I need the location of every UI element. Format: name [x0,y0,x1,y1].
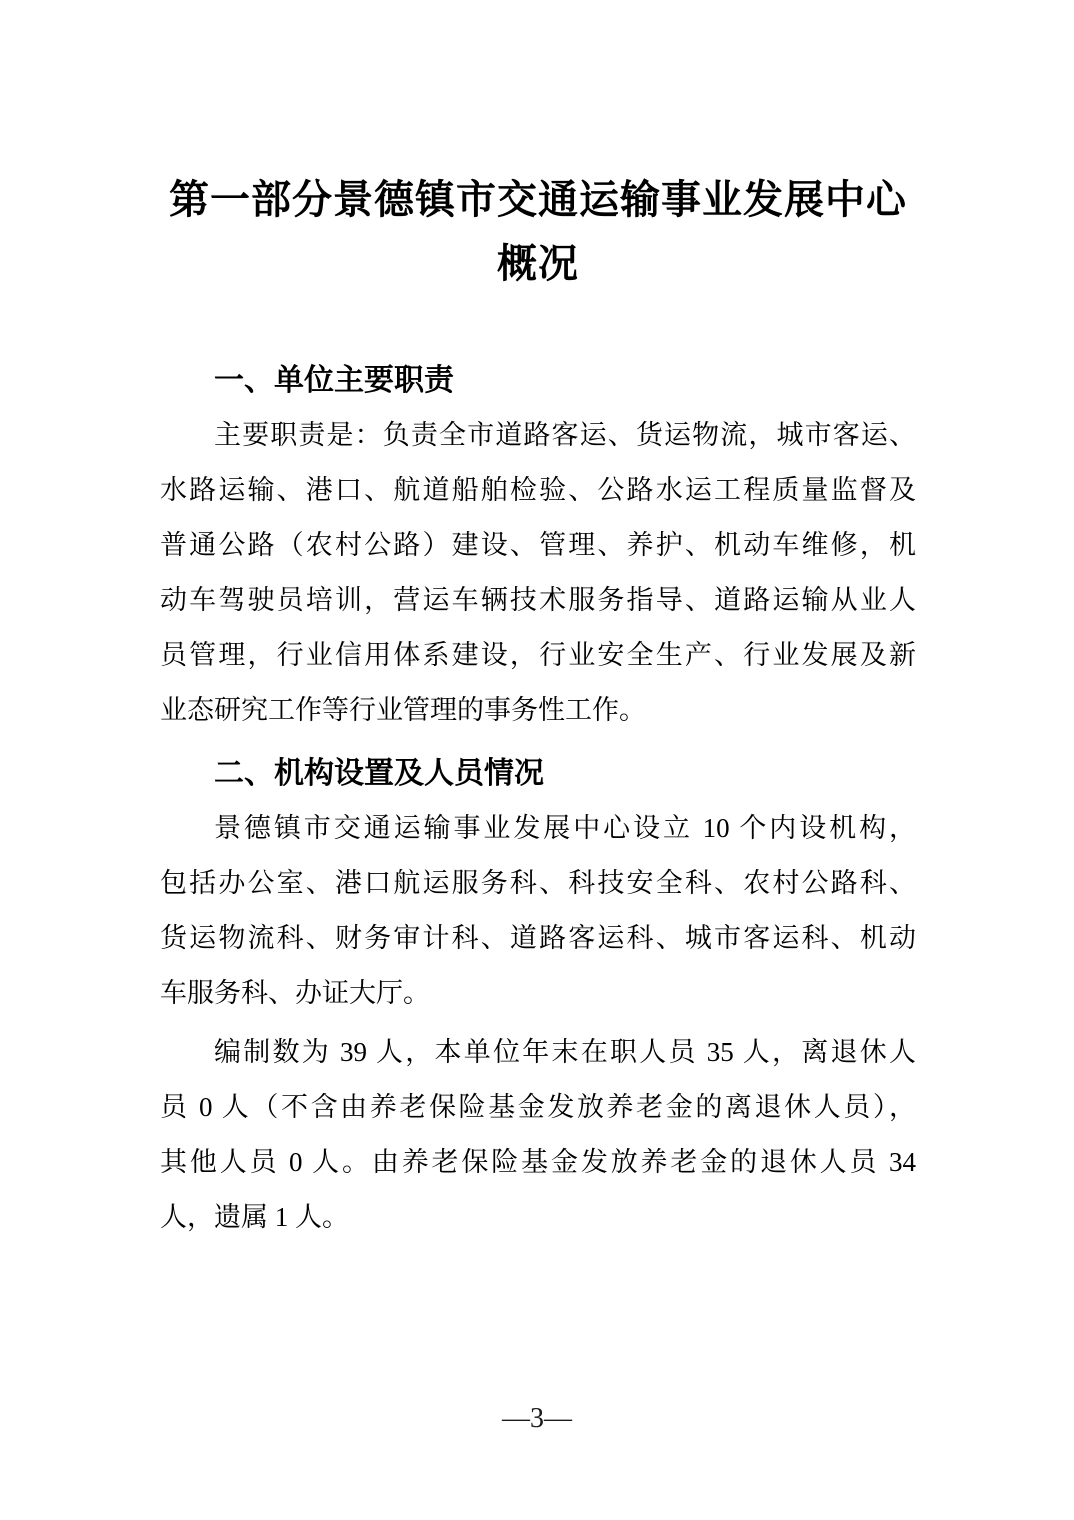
section-organization-staff: 二、机构设置及人员情况 景德镇市交通运输事业发展中心设立 10 个内设机构， 包… [160,746,916,1245]
body-line: 其他人员 0 人。由养老保险基金发放养老金的退休人员 34 [160,1135,916,1190]
body-line: 景德镇市交通运输事业发展中心设立 10 个内设机构， [160,801,916,856]
section-2-paragraph-2: 编制数为 39 人，本单位年末在职人员 35 人，离退休人 员 0 人（不含由养… [160,1025,916,1245]
body-line: 动车驾驶员培训，营运车辆技术服务指导、道路运输从业人 [160,573,916,628]
section-unit-duties: 一、单位主要职责 主要职责是：负责全市道路客运、货运物流，城市客运、 水路运输、… [160,353,916,738]
body-line: 员 0 人（不含由养老保险基金发放养老金的离退休人员）， [160,1080,916,1135]
title-line-2: 概况 [160,232,916,296]
body-line: 车服务科、办证大厅。 [160,966,916,1021]
title-line-1: 第一部分景德镇市交通运输事业发展中心 [160,168,916,232]
page-number: —3— [502,1403,572,1434]
section-1-paragraph-1: 主要职责是：负责全市道路客运、货运物流，城市客运、 水路运输、港口、航道船舶检验… [160,408,916,738]
body-line: 主要职责是：负责全市道路客运、货运物流，城市客运、 [160,408,916,463]
section-2-heading: 二、机构设置及人员情况 [160,746,916,801]
body-line: 人，遗属 1 人。 [160,1190,916,1245]
body-line: 包括办公室、港口航运服务科、科技安全科、农村公路科、 [160,856,916,911]
section-2-paragraph-1: 景德镇市交通运输事业发展中心设立 10 个内设机构， 包括办公室、港口航运服务科… [160,801,916,1021]
section-1-heading: 一、单位主要职责 [160,353,916,408]
document-page: 第一部分景德镇市交通运输事业发展中心 概况 一、单位主要职责 主要职责是：负责全… [0,0,1074,1520]
body-line: 员管理，行业信用体系建设，行业安全生产、行业发展及新 [160,628,916,683]
body-line: 普通公路（农村公路）建设、管理、养护、机动车维修，机 [160,518,916,573]
page-footer: —3— [0,1402,1074,1436]
page-content: 第一部分景德镇市交通运输事业发展中心 概况 一、单位主要职责 主要职责是：负责全… [0,0,1074,1245]
document-title: 第一部分景德镇市交通运输事业发展中心 概况 [160,0,916,296]
body-line: 业态研究工作等行业管理的事务性工作。 [160,683,916,738]
body-line: 编制数为 39 人，本单位年末在职人员 35 人，离退休人 [160,1025,916,1080]
body-line: 货运物流科、财务审计科、道路客运科、城市客运科、机动 [160,911,916,966]
body-line: 水路运输、港口、航道船舶检验、公路水运工程质量监督及 [160,463,916,518]
